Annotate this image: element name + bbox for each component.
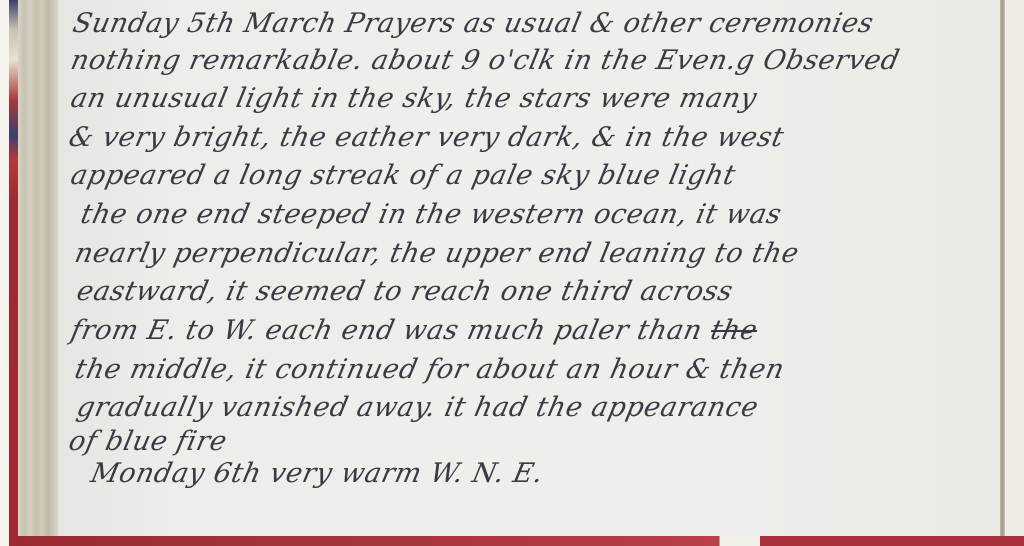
manuscript-scan: Sunday 5th March Prayers as usual & othe… bbox=[0, 0, 1024, 546]
page-edges-left bbox=[18, 0, 58, 540]
marbled-cover-edge bbox=[9, 0, 18, 546]
scan-margin bbox=[0, 0, 9, 546]
journal-line: gradually vanished away. it had the appe… bbox=[74, 392, 761, 423]
journal-line: appeared a long streak of a pale sky blu… bbox=[68, 160, 739, 191]
journal-line-text: from E. to W. each end was much paler th… bbox=[68, 315, 705, 346]
journal-line: nothing remarkable. about 9 o'clk in the… bbox=[68, 45, 902, 76]
journal-line-with-strike: from E. to W. each end was much paler th… bbox=[68, 315, 760, 346]
facing-page-edge bbox=[1005, 0, 1024, 540]
journal-line: an unusual light in the sky, the stars w… bbox=[68, 83, 760, 114]
struck-word: the bbox=[708, 315, 761, 346]
journal-line: nearly perpendicular, the upper end lean… bbox=[72, 238, 802, 269]
cover-bottom-edge bbox=[9, 536, 1024, 546]
journal-line: eastward, it seemed to reach one third a… bbox=[74, 276, 736, 307]
journal-line: the middle, it continued for about an ho… bbox=[72, 354, 787, 385]
journal-line: & very bright, the eather very dark, & i… bbox=[66, 122, 787, 153]
journal-line: the one end steeped in the western ocean… bbox=[78, 199, 785, 230]
journal-line: Monday 6th very warm W. N. E. bbox=[88, 458, 546, 489]
journal-line: of blue fire bbox=[66, 426, 230, 457]
journal-line: Sunday 5th March Prayers as usual & othe… bbox=[70, 8, 877, 39]
